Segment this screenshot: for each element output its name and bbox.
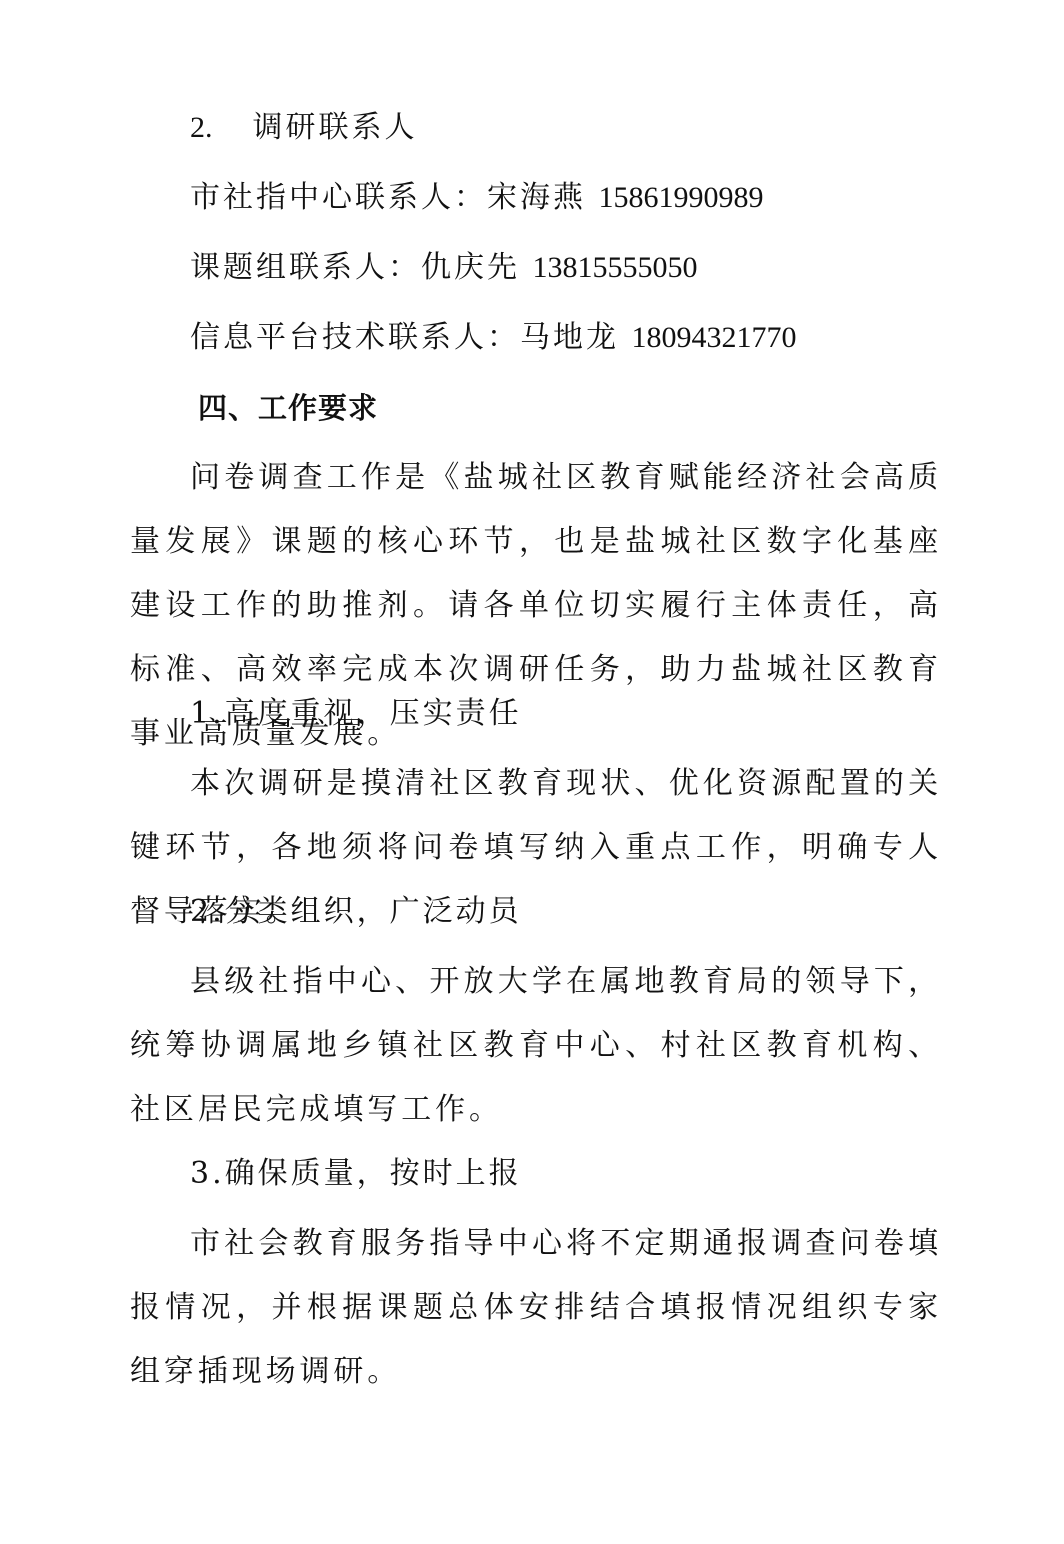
section-4-heading: 四、工作要求 [198, 388, 378, 428]
contact-phone: 15861990989 [599, 181, 764, 214]
contact-line: 市社指中心联系人：宋海燕 15861990989 [190, 178, 764, 218]
contact-line: 信息平台技术联系人：马地龙 18094321770 [190, 318, 797, 358]
item-title: 2.分类组织，广泛动员 [190, 892, 522, 932]
contact-phone: 13815555050 [533, 251, 698, 284]
section-title: 调研联系人 [253, 110, 418, 145]
item-title: 1.高度重视，压实责任 [190, 694, 522, 734]
contact-label: 市社指中心联系人： [190, 180, 487, 215]
section-2-title: 2.调研联系人 [190, 108, 418, 148]
section-number: 2. [190, 111, 213, 144]
contact-label: 信息平台技术联系人： [190, 320, 520, 355]
contact-label: 课题组联系人： [190, 250, 421, 285]
contact-line: 课题组联系人：仇庆先 13815555050 [190, 248, 698, 288]
item-body: 县级社指中心、开放大学在属地教育局的领导下，统筹协调属地乡镇社区教育中心、村社区… [130, 950, 942, 1142]
contact-name: 马地龙 [520, 320, 619, 355]
item-title: 3.确保质量，按时上报 [190, 1154, 522, 1194]
contact-phone: 18094321770 [632, 321, 797, 354]
item-body: 市社会教育服务指导中心将不定期通报调查问卷填报情况，并根据课题总体安排结合填报情… [130, 1212, 942, 1404]
contact-name: 仇庆先 [421, 250, 520, 285]
contact-name: 宋海燕 [487, 180, 586, 215]
